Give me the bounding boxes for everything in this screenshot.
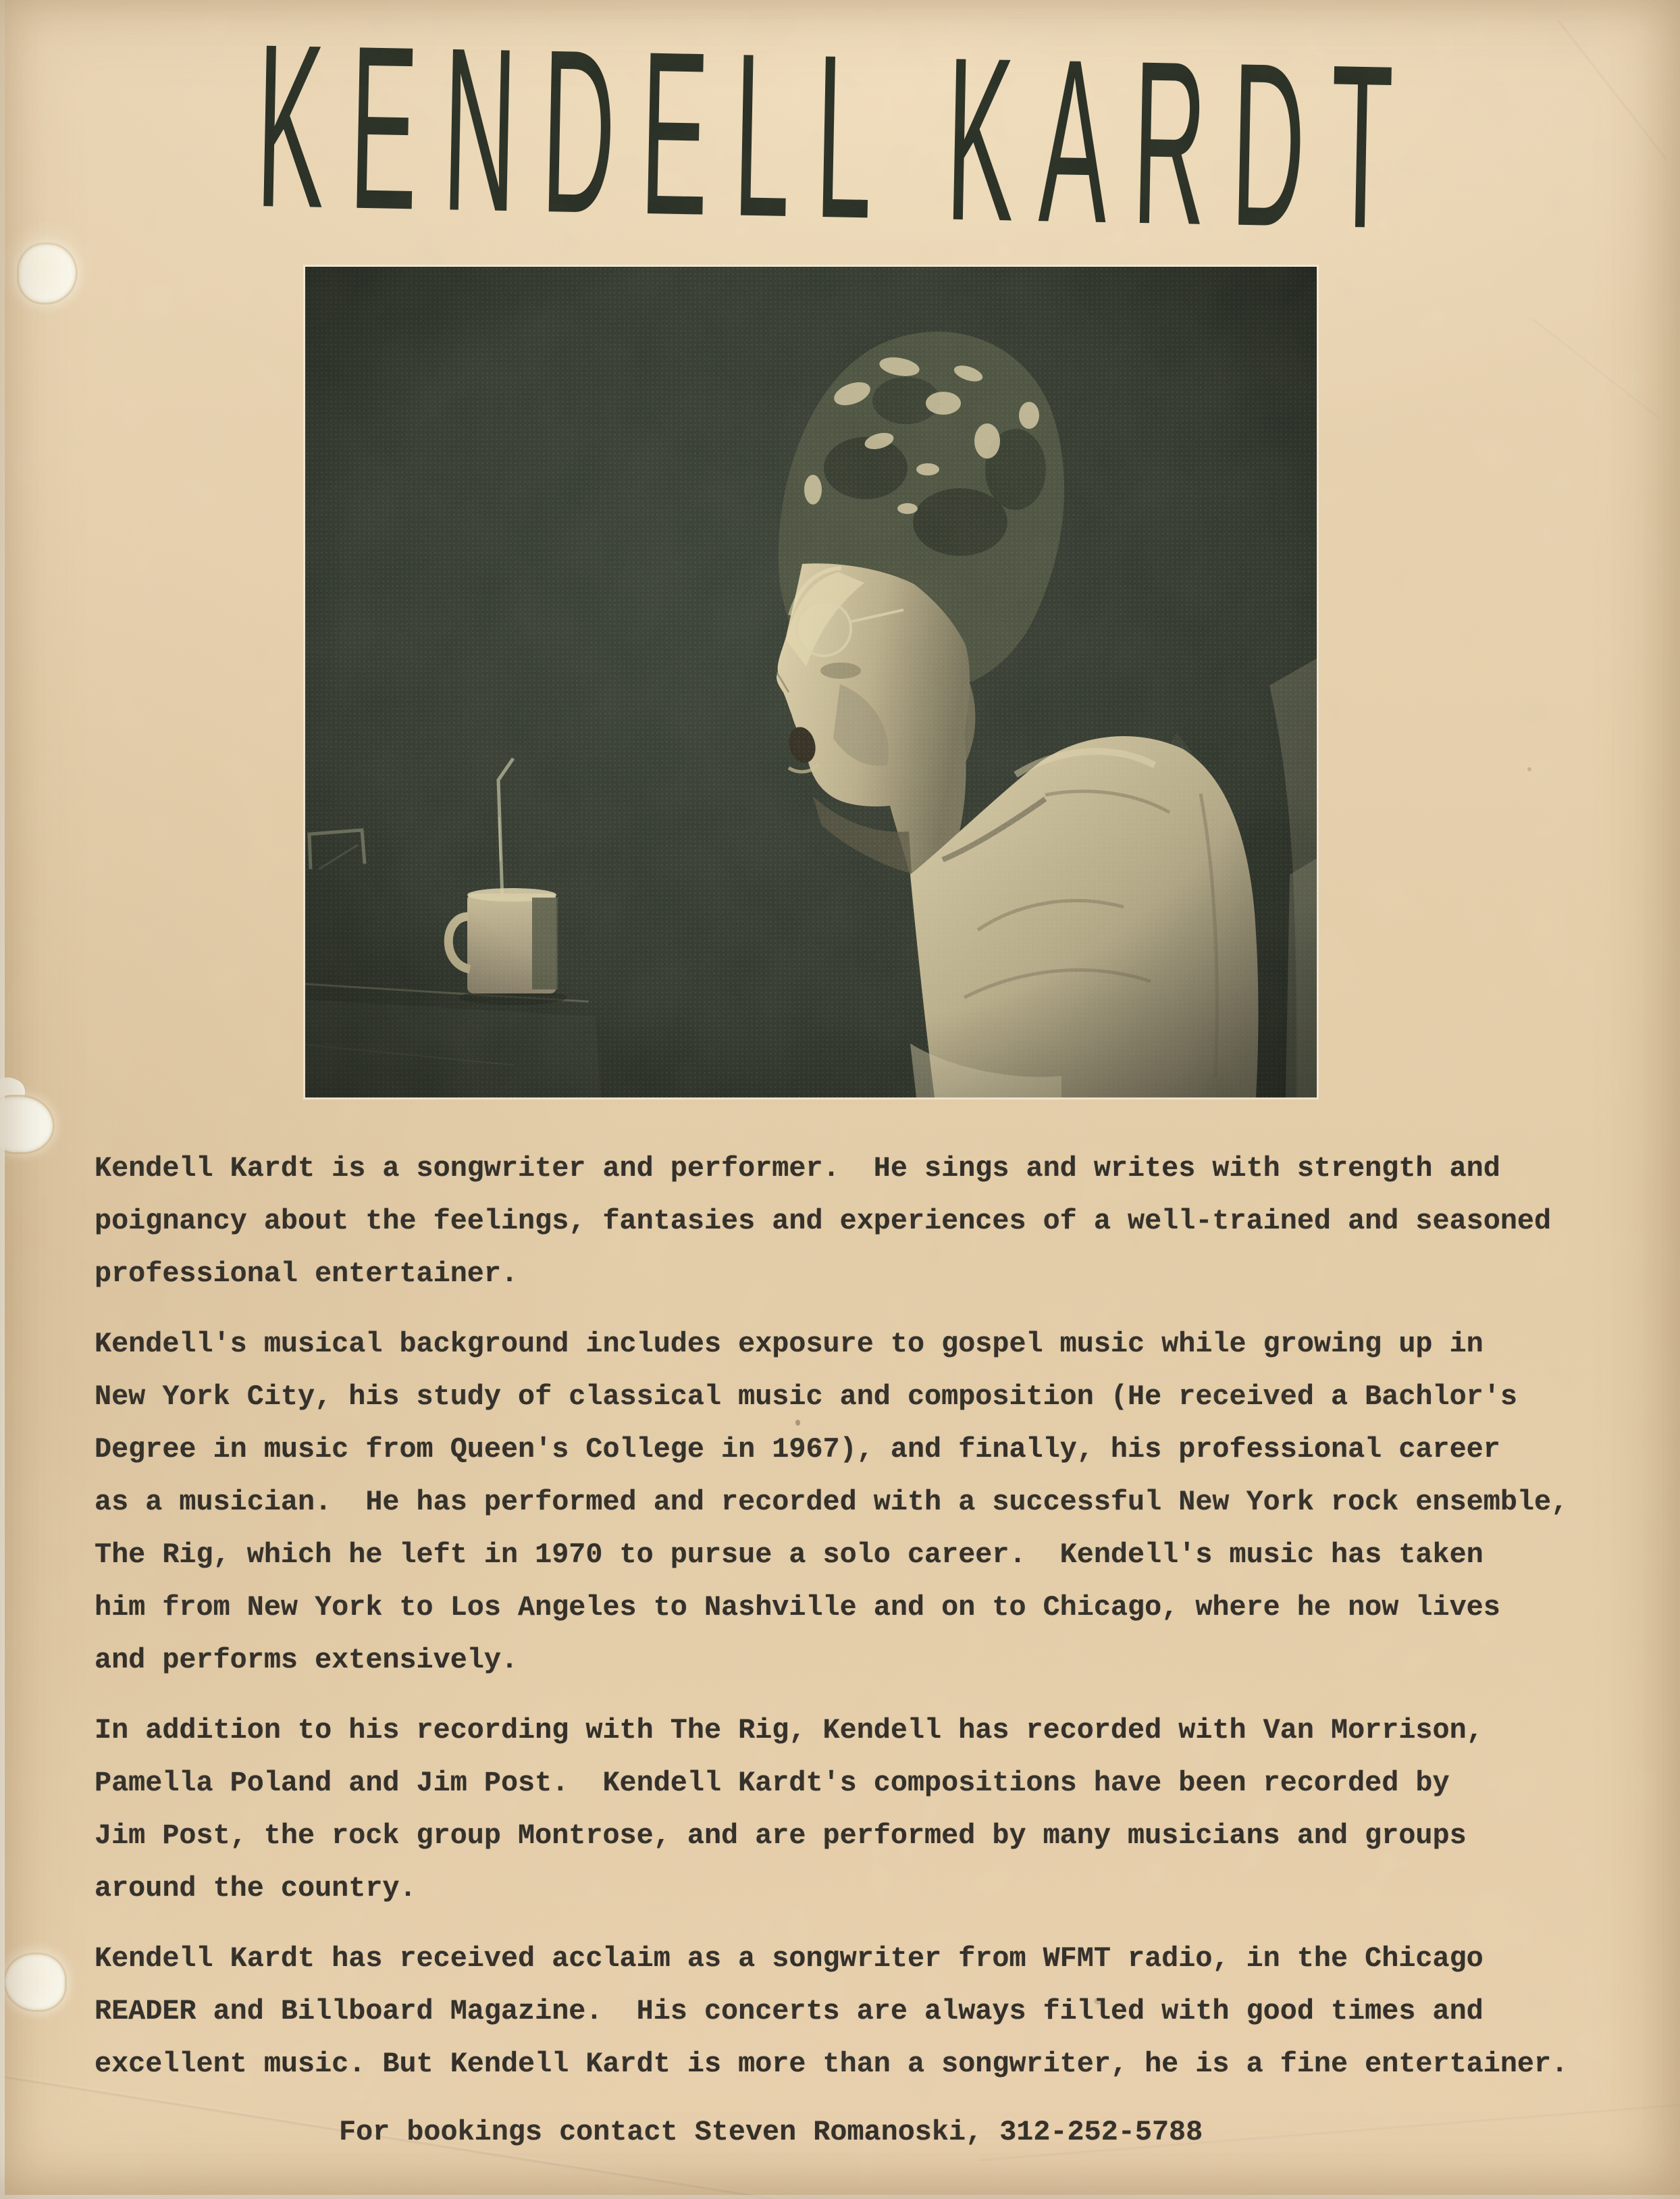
- scanned-flyer-page: KENDELLKARDT: [0, 0, 1680, 2199]
- performer-photo-art: [305, 267, 1317, 1097]
- paragraph-2: Kendell's musical background includes ex…: [95, 1318, 1641, 1686]
- title-word-first: KENDELL: [255, 0, 901, 268]
- paper-crease-right: [1532, 317, 1661, 419]
- booking-contact-line: For bookings contact Steven Romanoski, 3…: [339, 2106, 1203, 2158]
- punch-hole-middle: [0, 1097, 53, 1152]
- paragraph-3: In addition to his recording with The Ri…: [95, 1704, 1641, 1915]
- biography-text: Kendell Kardt is a songwriter and perfor…: [95, 1142, 1641, 2108]
- title-word-last: KARDT: [944, 8, 1421, 278]
- paragraph-1: Kendell Kardt is a songwriter and perfor…: [95, 1142, 1641, 1300]
- scan-edge-bottom: [0, 2195, 1680, 2199]
- punch-hole-bottom: [5, 1955, 65, 2010]
- performer-photo: [305, 267, 1317, 1097]
- page-title: KENDELLKARDT: [0, 0, 1680, 288]
- paper-fleck: [1527, 767, 1531, 771]
- scan-edge-left: [0, 0, 5, 2199]
- vignette-overlay: [305, 267, 1317, 1097]
- paragraph-4: Kendell Kardt has received acclaim as a …: [95, 1932, 1641, 2090]
